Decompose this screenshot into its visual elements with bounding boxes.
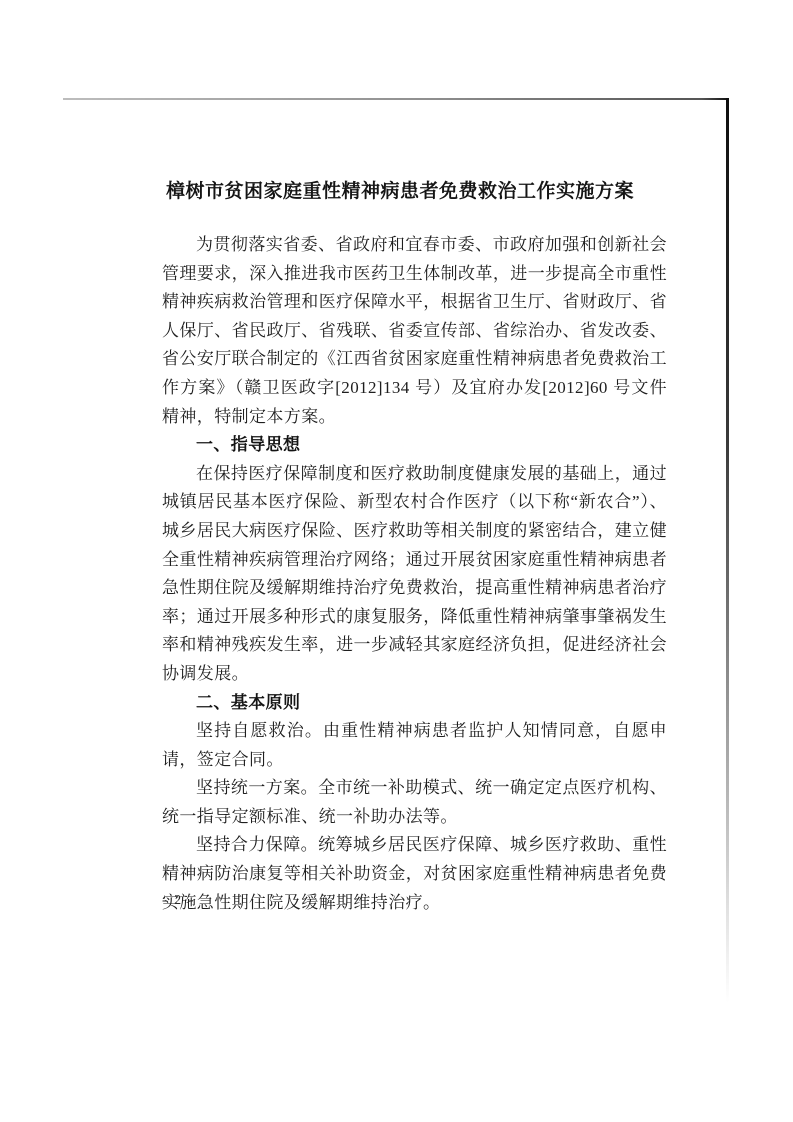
- document-body: 为贯彻落实省委、省政府和宜春市委、市政府加强和创新社会管理要求，深入推进我市医药…: [162, 231, 667, 917]
- page-number: - 2 -: [162, 893, 195, 909]
- paragraph-joint-guarantee: 坚持合力保障。统筹城乡居民医疗保障、城乡医疗救助、重性精神病防治康复等相关补助资…: [162, 831, 667, 917]
- scan-edge-right-line: [726, 98, 729, 1003]
- section-heading-2: 二、基本原则: [162, 689, 667, 718]
- scanned-page: 樟树市贫困家庭重性精神病患者免费救治工作实施方案 为贯彻落实省委、省政府和宜春市…: [0, 0, 793, 1122]
- paragraph-voluntary-treatment: 坚持自愿救治。由重性精神病患者监护人知情同意，自愿申请，签定合同。: [162, 717, 667, 774]
- paragraph-intro: 为贯彻落实省委、省政府和宜春市委、市政府加强和创新社会管理要求，深入推进我市医药…: [162, 231, 667, 431]
- document-title: 樟树市贫困家庭重性精神病患者免费救治工作实施方案: [80, 176, 720, 203]
- paragraph-unified-plan: 坚持统一方案。全市统一补助模式、统一确定定点医疗机构、统一指导定额标准、统一补助…: [162, 774, 667, 831]
- scan-edge-top-line: [63, 98, 728, 100]
- section-heading-1: 一、指导思想: [162, 431, 667, 460]
- paragraph-guiding-principles: 在保持医疗保障制度和医疗救助制度健康发展的基础上，通过城镇居民基本医疗保险、新型…: [162, 460, 667, 689]
